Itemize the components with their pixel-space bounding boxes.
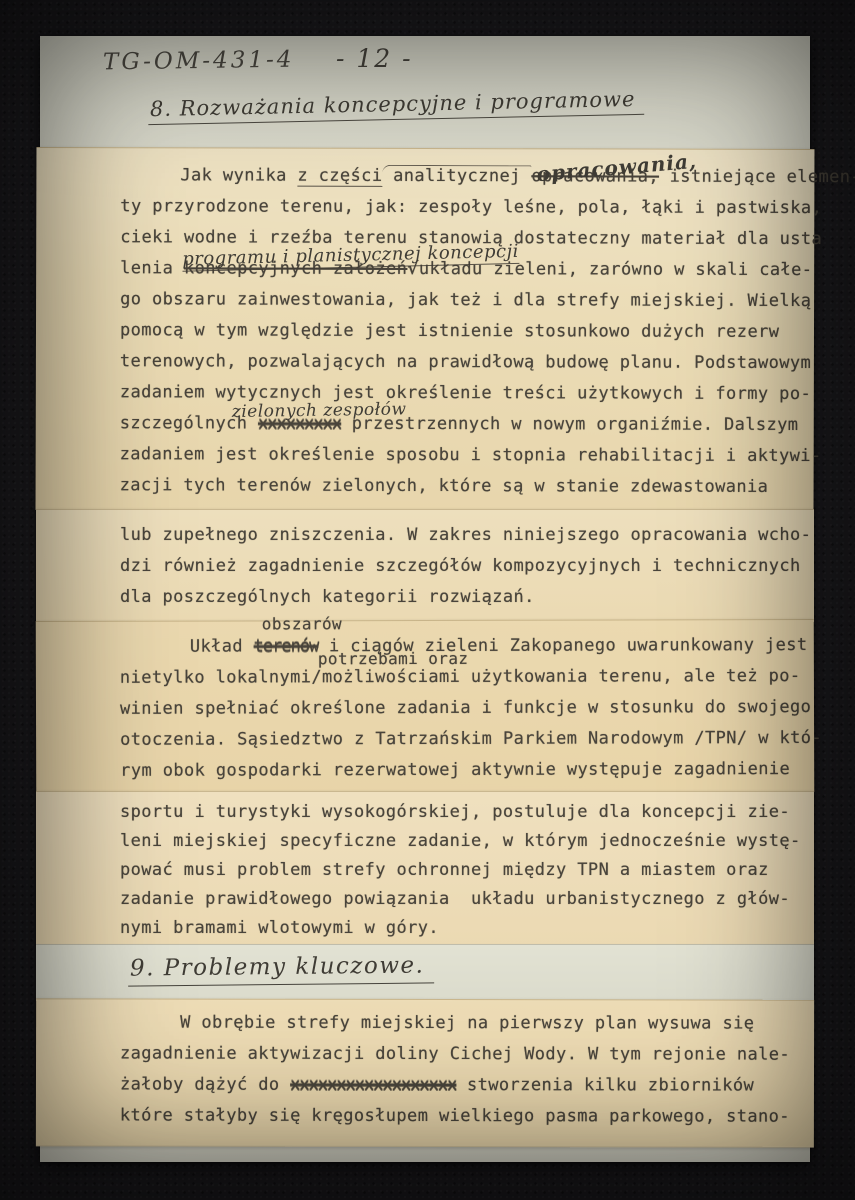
typed-line: winien spełniać określone zadania i funk… [120,692,814,725]
document-page: TG-OM-431-4 - 12 - 8. Rozważania koncepc… [40,36,810,1162]
typed-text: Układ [190,636,254,656]
hand-bracket-mark: analitycznej [382,165,531,186]
background: TG-OM-431-4 - 12 - 8. Rozważania koncepc… [0,0,855,1200]
typed-line: nymi bramami wlotowymi w góry. [120,914,814,943]
typed-line: go obszaru zainwestowania, jak też i dla… [120,284,814,317]
typed-line: pomocą w tym względzie jest istnienie st… [120,315,814,348]
typed-line: Jak wynika z części analitycznej opracow… [120,160,814,193]
typed-line: dzi również zagadnienie szczegółów kompo… [120,551,814,582]
typed-line: zadaniem wytycznych jest określenie treś… [120,377,814,410]
typed-line: zacji tych terenów zielonych, które są w… [120,470,814,503]
typed-insertion: obszarów [262,614,342,633]
page-number: - 12 - [336,44,413,73]
typed-line: W obrębie strefy miejskiej na pierwszy p… [120,1007,814,1039]
document-code: TG-OM-431-4 [103,47,295,76]
typed-line: rym obok gospodarki rezerwatowej aktywni… [120,754,814,787]
pasted-strip-5: W obrębie strefy miejskiej na pierwszy p… [36,998,814,1147]
typed-text: żałoby dążyć do [120,1074,290,1094]
typed-text: lenia [120,258,184,278]
typed-line: dla poszczególnych kategorii rozwiązań. [120,582,814,613]
pasted-strip-1: opracowania, programu i planistycznej ko… [36,147,815,512]
typed-line: sportu i turystyki wysokogórskiej, postu… [120,798,814,827]
typed-line: ty przyrodzone terenu, jak: zespoły leśn… [120,191,814,224]
typed-text: Jak wynika [180,165,297,185]
typed-line: zagadnienie aktywizacji doliny Cichej Wo… [120,1038,814,1070]
typed-line: zadanie prawidłowego powiązania układu u… [120,885,814,914]
typed-line: otoczenia. Sąsiedztwo z Tatrzańskim Park… [120,723,814,756]
pasted-strip-4: sportu i turystyki wysokogórskiej, postu… [36,791,814,950]
typed-line: terenowych, pozwalających na prawidłową … [120,346,814,379]
struck-text: xxxxxxxxxxxxxxxxxx [290,1075,456,1095]
struck-text: terenów [254,636,319,656]
typed-line: leni miejskiej specyficzne zadanie, w kt… [120,827,814,856]
hand-underlined-text: z części [297,166,382,187]
section-heading-9: 9. Problemy kluczowe. [128,952,435,986]
typed-text: stworzenia kilku zbiorników [456,1075,754,1096]
typed-line: szczególnych xxxxxxxxx przestrzennych w … [120,408,814,441]
heading-9-band: 9. Problemy kluczowe. [36,944,814,1001]
pasted-strip-3: obszarów potrzebami oraz Układ terenów i… [36,619,814,794]
typed-line: żałoby dążyć do xxxxxxxxxxxxxxxxxx stwor… [120,1069,814,1101]
typed-insertion: potrzebami oraz [318,649,469,668]
pasted-strip-2: lub zupełnego zniszczenia. W zakres nini… [36,509,814,622]
typed-line: zadaniem jest określenie sposobu i stopn… [120,439,814,472]
handwritten-annotation: zielonych zespołów [232,399,407,422]
section-heading-8: 8. Rozważania koncepcyjne i programowe [148,87,644,125]
typed-line: pować musi problem strefy ochronnej międ… [120,856,814,885]
typed-line: lub zupełnego zniszczenia. W zakres nini… [120,520,814,551]
typed-text: przestrzennych w nowym organiźmie. Dalsz… [341,414,798,435]
typed-line: które stałyby się kręgosłupem wielkiego … [120,1100,814,1132]
